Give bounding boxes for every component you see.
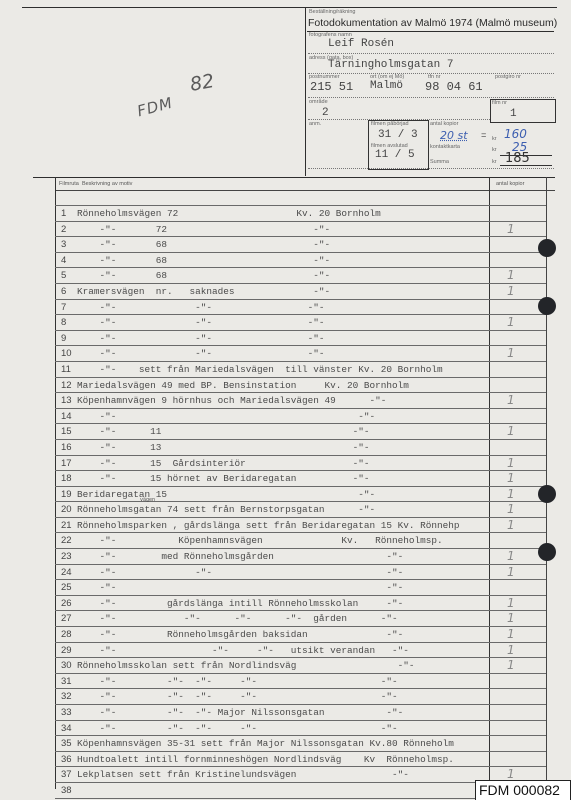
area-label: område xyxy=(309,99,328,105)
copies-count: 1 xyxy=(507,222,515,236)
table-row: 9 -"- -"- -"- xyxy=(55,331,546,347)
motif-description: -"- 68 -"- xyxy=(77,239,330,250)
copies-count: 1 xyxy=(507,487,515,501)
frame-number: 28 xyxy=(61,629,72,640)
frame-number: 4 xyxy=(61,255,66,266)
copies-count: 1 xyxy=(507,549,515,563)
table-row: 22 -"- Köpenhamnsvägen Kv. Rönneholmsp. xyxy=(55,533,546,549)
film-finished-value: 11 / 5 xyxy=(375,149,415,161)
table-row: 30Rönneholmsskolan sett från Nordlindsvä… xyxy=(55,658,546,674)
copies-count: 1 xyxy=(507,627,515,641)
table-row: 18 -"- 15 hörnet av Beridaregatan -"-1 xyxy=(55,471,546,487)
copies-count: 1 xyxy=(507,518,515,532)
notes-area xyxy=(22,7,306,176)
motif-description: Köpenhamnsvägen 35-31 sett från Major Ni… xyxy=(77,738,454,749)
punch-hole xyxy=(538,297,556,315)
kr-label-copies: kr xyxy=(492,136,497,142)
copies-count: 1 xyxy=(507,471,515,485)
frame-number: 22 xyxy=(61,535,72,546)
document-page: FDM 82 Beställning/räkning Fotodokumenta… xyxy=(0,0,571,800)
photographer-value: Leif Rosén xyxy=(328,38,394,50)
table-row: 15 -"- 11 -"-1 xyxy=(55,424,546,440)
motif-description: -"- Rönneholmsgården baksidan -"- xyxy=(77,629,403,640)
frame-number: 29 xyxy=(61,645,72,656)
frame-number: 36 xyxy=(61,754,72,765)
address-value: Tärningholmsgatan 7 xyxy=(328,59,453,71)
kr-label-total: kr xyxy=(492,159,497,165)
frame-number: 2 xyxy=(61,224,66,235)
copies-count: 1 xyxy=(507,393,515,407)
motif-description: Hundtoalett intill fornminneshögen Nordl… xyxy=(77,754,454,765)
punch-hole xyxy=(538,543,556,561)
table-row: 17 -"- 15 Gårdsinteriör -"-1 xyxy=(55,456,546,472)
contact-sheet-label: kontaktkarta xyxy=(430,144,460,150)
header-frame-desc: Filmruta Beskrivning av motiv xyxy=(59,181,132,187)
table-right-border xyxy=(546,177,547,789)
frame-number: 27 xyxy=(61,613,72,624)
table-row: 4 -"- 68 -"- xyxy=(55,253,546,269)
frame-number: 7 xyxy=(61,302,66,313)
motif-description: -"- -"- -"- utsikt verandan -"- xyxy=(77,645,409,656)
table-row: 5 -"- 68 -"-1 xyxy=(55,268,546,284)
copies-count-value: 20 st xyxy=(440,129,468,142)
frame-number: 14 xyxy=(61,411,72,422)
motif-description: -"- -"- -"- xyxy=(77,567,403,578)
motif-description: -"- sett från Mariedalsvägen till vänste… xyxy=(77,364,443,375)
frame-number: 11 xyxy=(61,364,71,375)
motif-description: -"- -"- -"- xyxy=(77,333,325,344)
frame-number: 17 xyxy=(61,458,72,469)
frame-number: 38 xyxy=(61,785,72,796)
table-row: 32 -"- -"- -"- -"- -"- xyxy=(55,689,546,705)
table-row: 36Hundtoalett intill fornminneshögen Nor… xyxy=(55,752,546,768)
motif-description: Rönneholmsvägen 72 Kv. 20 Bornholm xyxy=(77,208,381,219)
table-row: 19Beridaregatan 15 -"-1 xyxy=(55,487,546,503)
frame-number: 19 xyxy=(61,489,72,500)
motif-description: Rönneholmsskolan sett från Nordlindsväg … xyxy=(77,660,415,671)
motif-description: -"- 68 -"- xyxy=(77,255,330,266)
frame-number: 15 xyxy=(61,426,72,437)
table-row: 24 -"- -"- -"-1 xyxy=(55,565,546,581)
table-row: 8 -"- -"- -"-1 xyxy=(55,315,546,331)
motif-description: Kramersvägen nr. saknades -"- xyxy=(77,286,330,297)
header-copies: antal kopior xyxy=(496,181,524,187)
frame-number: 12 xyxy=(61,380,72,391)
table-row: 23 -"- med Rönneholmsgården -"-1 xyxy=(55,549,546,565)
motif-description: -"- 15 hörnet av Beridaregatan -"- xyxy=(77,473,370,484)
table-row: 38 xyxy=(55,783,546,799)
frame-number: 1 xyxy=(61,208,66,219)
motif-description: -"- -"- -"- Major Nilssonsgatan -"- xyxy=(77,707,403,718)
table-row: 10 -"- -"- -"-1 xyxy=(55,346,546,362)
frame-number: 21 xyxy=(61,520,72,531)
table-row: 3 -"- 68 -"- xyxy=(55,237,546,253)
frame-number: 35 xyxy=(61,738,72,749)
table-row: 34 -"- -"- -"- -"- -"- xyxy=(55,721,546,737)
copies-count: 1 xyxy=(507,565,515,579)
motif-description: Lekplatsen sett från Kristinelundsvägen … xyxy=(77,769,409,780)
equals-sign: = xyxy=(481,131,486,141)
motif-description: -"- -"- xyxy=(77,582,403,593)
copies-count-label: antal kopior xyxy=(430,121,458,127)
copies-count: 1 xyxy=(507,284,515,298)
table-row: 37Lekplatsen sett från Kristinelundsväge… xyxy=(55,767,546,783)
motif-description: -"- -"- xyxy=(77,411,375,422)
film-number-label: film nr xyxy=(492,100,507,106)
table-row: 2 -"- 72 -"-1 xyxy=(55,222,546,238)
copies-count: 1 xyxy=(507,611,515,625)
frame-number: 23 xyxy=(61,551,72,562)
table-row: 7 -"- -"- -"- xyxy=(55,300,546,316)
frame-number: 6 xyxy=(61,286,66,297)
motif-description: -"- 68 -"- xyxy=(77,270,330,281)
motif-description: -"- Köpenhamnsvägen Kv. Rönneholmsp. xyxy=(77,535,443,546)
frame-number: 34 xyxy=(61,723,72,734)
table-row: 20Rönneholmsgatan 74 sett från Bernstorp… xyxy=(55,502,546,518)
motif-description: -"- -"- -"- -"- -"- xyxy=(77,723,398,734)
copies-count: 1 xyxy=(507,643,515,657)
motif-description: Köpenhamnvägen 9 hörnhus och Mariedalsvä… xyxy=(77,395,386,406)
table-left-rule xyxy=(33,177,55,178)
copies-count: 1 xyxy=(507,268,515,282)
archive-stamp: FDM 000082 xyxy=(475,780,571,800)
motif-description: Rönneholmsgatan 74 sett från Bernstorpsg… xyxy=(77,504,375,515)
phone-value: 98 04 61 xyxy=(425,80,483,94)
table-row: 1Rönneholmsvägen 72 Kv. 20 Bornholm xyxy=(55,206,546,222)
total-label: Summa xyxy=(430,159,449,165)
frame-number: 25 xyxy=(61,582,72,593)
motif-description: Beridaregatan 15 -"- xyxy=(77,489,375,500)
table-rows: 1Rönneholmsvägen 72 Kv. 20 Bornholm2 -"-… xyxy=(55,190,546,799)
table-header: Filmruta Beskrivning av motiv antal kopi… xyxy=(55,177,555,191)
table-row: 16 -"- 13 -"- xyxy=(55,440,546,456)
frame-number: 31 xyxy=(61,676,72,687)
table-row: 13Köpenhamnvägen 9 hörnhus och Mariedals… xyxy=(55,393,546,409)
total-value: 185 xyxy=(505,151,530,166)
motif-description: -"- -"- -"- xyxy=(77,317,325,328)
table-row: 11 -"- sett från Mariedalsvägen till vän… xyxy=(55,362,546,378)
motif-description: -"- -"- -"- -"- -"- xyxy=(77,676,398,687)
order-label: Beställning/räkning xyxy=(309,9,355,15)
copies-count: 1 xyxy=(507,502,515,516)
table-row: 28 -"- Rönneholmsgården baksidan -"-1 xyxy=(55,627,546,643)
table-row: 35Köpenhamnsvägen 35-31 sett från Major … xyxy=(55,736,546,752)
film-number-value: 1 xyxy=(510,108,517,120)
copies-count: 1 xyxy=(507,315,515,329)
frame-number: 26 xyxy=(61,598,72,609)
dotted-line xyxy=(308,168,554,169)
total-underline xyxy=(500,165,552,166)
copies-count: 1 xyxy=(507,456,515,470)
handwritten-number: 82 xyxy=(188,70,216,96)
motif-description: -"- gårdslänga intill Rönneholmsskolan -… xyxy=(77,598,403,609)
frame-number: 16 xyxy=(61,442,72,453)
frame-number: 3 xyxy=(61,239,66,250)
frame-number: 20 xyxy=(61,504,72,515)
table-row: 12Mariedalsvägen 49 med BP. Bensinstatio… xyxy=(55,378,546,394)
kr-label-contact: kr xyxy=(492,147,497,153)
motif-description: -"- 13 -"- xyxy=(77,442,370,453)
frame-number: 9 xyxy=(61,333,66,344)
table-row: 25 -"- -"- xyxy=(55,580,546,596)
table-row: 29 -"- -"- -"- utsikt verandan -"-1 xyxy=(55,643,546,659)
area-value: 2 xyxy=(322,107,329,119)
frame-number: 10 xyxy=(61,348,72,359)
frame-number: 33 xyxy=(61,707,72,718)
motif-description: -"- -"- -"- -"- -"- xyxy=(77,691,398,702)
punch-hole xyxy=(538,485,556,503)
table-row: 33 -"- -"- -"- Major Nilssonsgatan -"- xyxy=(55,705,546,721)
interlinear-note: vägen xyxy=(140,497,155,503)
motif-description: Mariedalsvägen 49 med BP. Bensinstation … xyxy=(77,380,409,391)
motif-description: -"- -"- -"- xyxy=(77,348,325,359)
motif-description: -"- 15 Gårdsinteriör -"- xyxy=(77,458,370,469)
city-value: Malmö xyxy=(370,80,403,92)
copies-count: 1 xyxy=(507,424,515,438)
frame-number: 32 xyxy=(61,691,72,702)
film-started-value: 31 / 3 xyxy=(378,129,418,141)
postgiro-label: postgiro nr xyxy=(495,74,521,80)
frame-number: 13 xyxy=(61,395,72,406)
frame-number: 30 xyxy=(61,660,72,671)
copies-cost-value: 160 xyxy=(504,127,527,141)
table-row: 14 -"- -"- xyxy=(55,409,546,425)
copies-count: 1 xyxy=(507,596,515,610)
motif-description: -"- -"- -"- -"- gården -"- xyxy=(77,613,398,624)
motif-description: Rönneholmsparken , gårdslänga sett från … xyxy=(77,520,460,531)
motif-description: -"- -"- -"- xyxy=(77,302,325,313)
table-row: 31 -"- -"- -"- -"- -"- xyxy=(55,674,546,690)
table-row: 27 -"- -"- -"- -"- gården -"-1 xyxy=(55,611,546,627)
frame-number: 5 xyxy=(61,270,66,281)
punch-hole xyxy=(538,239,556,257)
copies-count: 1 xyxy=(507,346,515,360)
copies-count: 1 xyxy=(507,658,515,672)
film-started-label: filmen påbörjad xyxy=(371,121,409,127)
form-title: Fotodokumentation av Malmö 1974 (Malmö m… xyxy=(308,17,557,29)
frame-number: 37 xyxy=(61,769,72,780)
table-row: 26 -"- gårdslänga intill Rönneholmsskola… xyxy=(55,596,546,612)
blank-row xyxy=(55,190,546,206)
table-row: 6Kramersvägen nr. saknades -"-1 xyxy=(55,284,546,300)
frame-number: 18 xyxy=(61,473,72,484)
dotted-line xyxy=(308,53,554,54)
table-row: 21Rönneholmsparken , gårdslänga sett frå… xyxy=(55,518,546,534)
motif-description: -"- 11 -"- xyxy=(77,426,370,437)
frame-number: 24 xyxy=(61,567,72,578)
postal-code-value: 215 51 xyxy=(310,80,353,94)
frame-number: 8 xyxy=(61,317,66,328)
remarks-label: anm. xyxy=(309,121,321,127)
motif-description: -"- 72 -"- xyxy=(77,224,330,235)
dotted-line xyxy=(308,97,554,98)
motif-description: -"- med Rönneholmsgården -"- xyxy=(77,551,403,562)
